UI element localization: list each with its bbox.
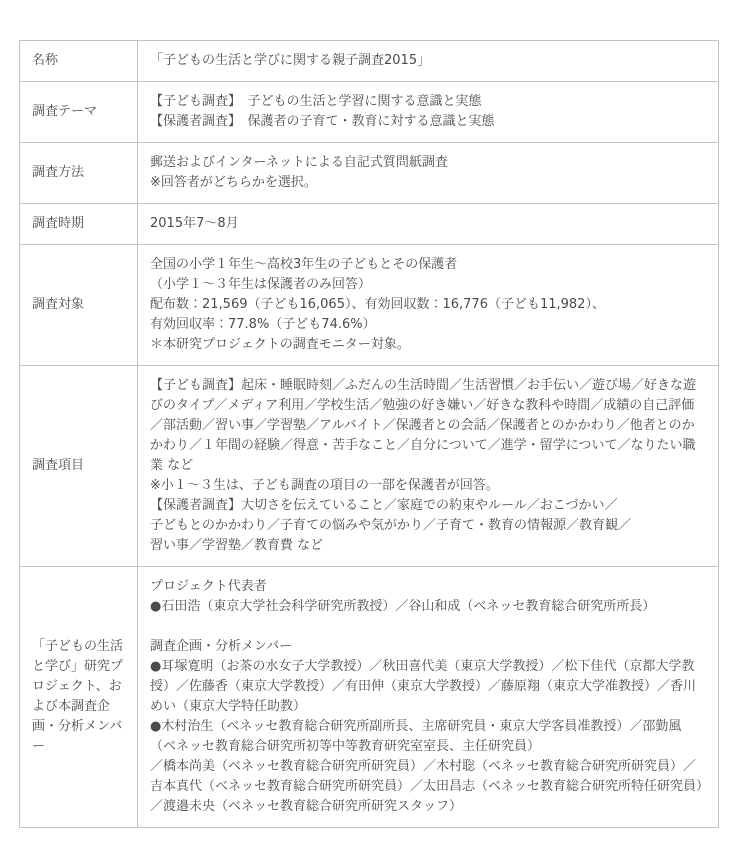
row-content: 郵送およびインターネットによる自記式質問紙調査 ※回答者がどちらかを選択。 [138, 143, 719, 204]
page: { "theme": { "border_color": "#c3c3c3", … [0, 0, 740, 850]
row-content: 2015年7～8月 [138, 204, 719, 245]
row-content: 「子どもの生活と学びに関する親子調査2015」 [138, 41, 719, 82]
row-header: 名称 [20, 41, 138, 82]
table-row: 名称 「子どもの生活と学びに関する親子調査2015」 [20, 41, 719, 82]
table-row: 調査対象 全国の小学１年生～高校3年生の子どもとその保護者 （小学１～３年生は保… [20, 245, 719, 366]
row-content: 【子ども調査】 子どもの生活と学習に関する意識と実態 【保護者調査】 保護者の子… [138, 82, 719, 143]
survey-info-table: 名称 「子どもの生活と学びに関する親子調査2015」 調査テーマ 【子ども調査】… [19, 40, 719, 828]
table-row: 調査テーマ 【子ども調査】 子どもの生活と学習に関する意識と実態 【保護者調査】… [20, 82, 719, 143]
row-header: 調査テーマ [20, 82, 138, 143]
row-header: 調査時期 [20, 204, 138, 245]
table-row: 「子どもの生活と学び」研究プロジェクト、および本調査企画・分析メンバー プロジェ… [20, 567, 719, 828]
survey-table-body: 名称 「子どもの生活と学びに関する親子調査2015」 調査テーマ 【子ども調査】… [20, 41, 719, 828]
row-header: 「子どもの生活と学び」研究プロジェクト、および本調査企画・分析メンバー [20, 567, 138, 828]
row-header: 調査対象 [20, 245, 138, 366]
row-header: 調査方法 [20, 143, 138, 204]
table-row: 調査方法 郵送およびインターネットによる自記式質問紙調査 ※回答者がどちらかを選… [20, 143, 719, 204]
row-header: 調査項目 [20, 366, 138, 567]
row-content: プロジェクト代表者 ●石田浩（東京大学社会科学研究所教授）／谷山和成（ベネッセ教… [138, 567, 719, 828]
survey-overview-section: 名称 「子どもの生活と学びに関する親子調査2015」 調査テーマ 【子ども調査】… [0, 0, 740, 828]
row-content: 全国の小学１年生～高校3年生の子どもとその保護者 （小学１～３年生は保護者のみ回… [138, 245, 719, 366]
table-row: 調査時期 2015年7～8月 [20, 204, 719, 245]
row-content: 【子ども調査】起床・睡眠時刻／ふだんの生活時間／生活習慣／お手伝い／遊び場／好き… [138, 366, 719, 567]
table-row: 調査項目 【子ども調査】起床・睡眠時刻／ふだんの生活時間／生活習慣／お手伝い／遊… [20, 366, 719, 567]
